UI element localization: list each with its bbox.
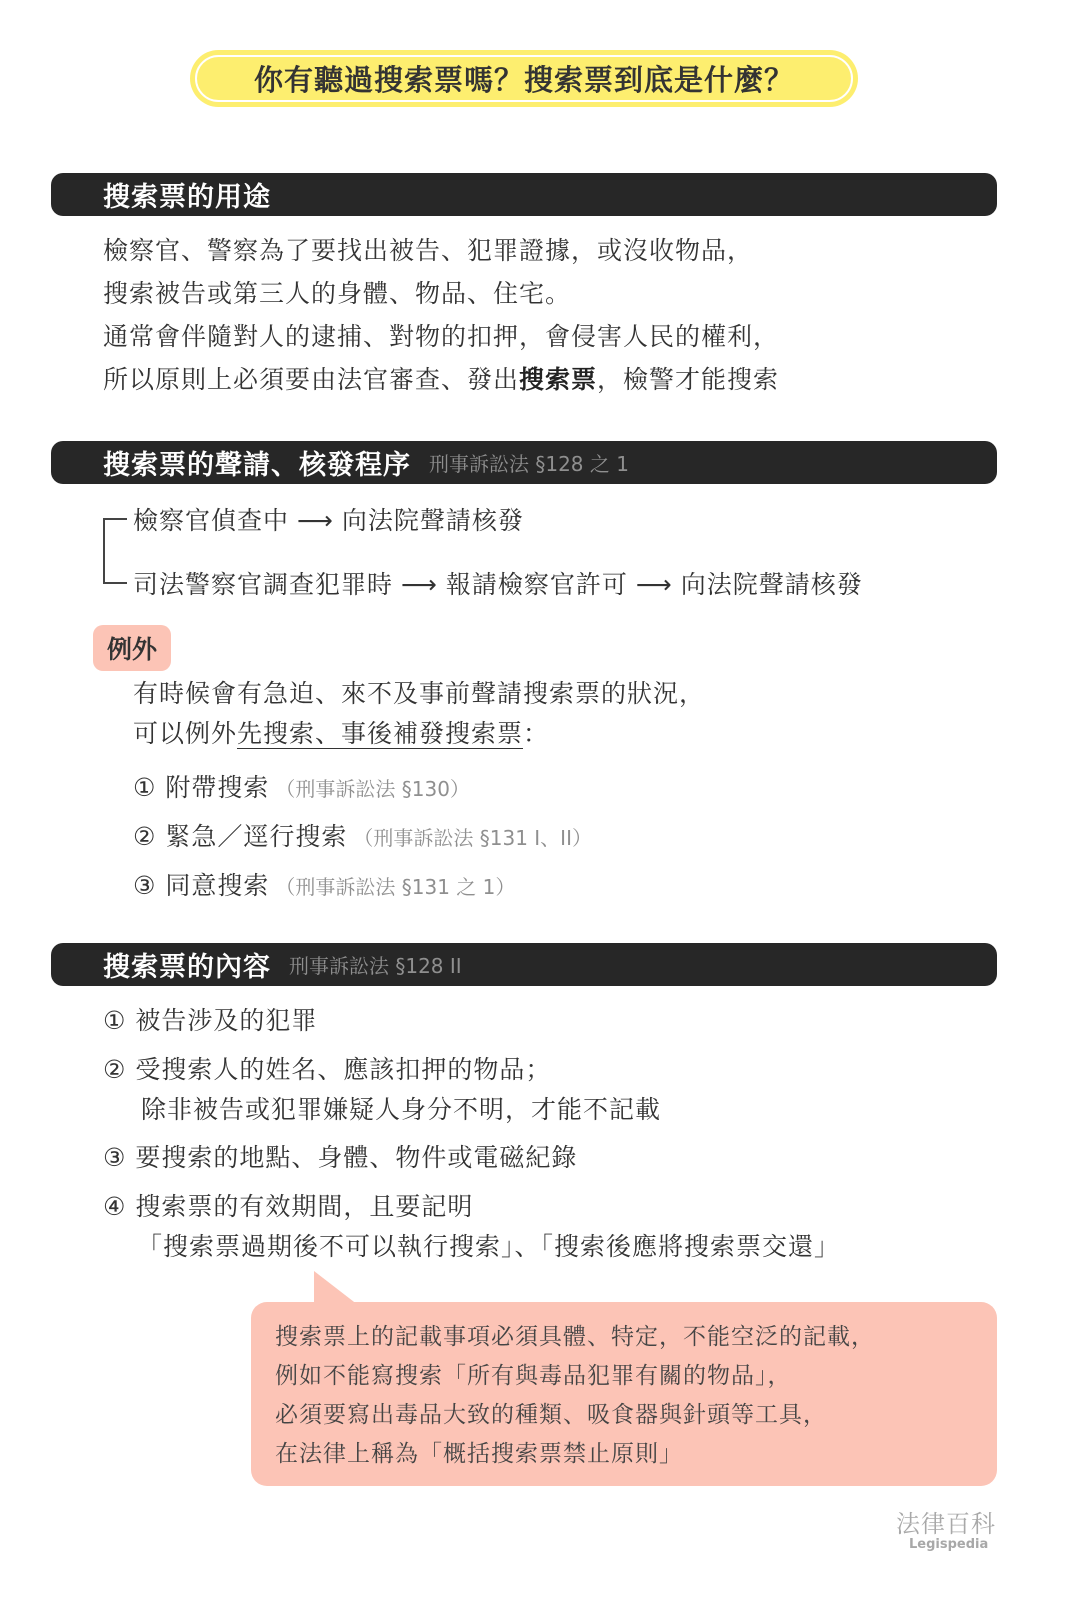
law-reference: （刑事訴訟法 §131 I、II） <box>353 826 592 850</box>
content-line: 「搜索票過期後不可以執行搜索」、「搜索後應將搜索票交還」 <box>103 1227 840 1267</box>
law-reference: 刑事訴訟法 §128 II <box>289 950 462 979</box>
content-line: 要搜索的地點、身體、物件或電磁紀錄 <box>135 1143 577 1172</box>
exception-item: ③ 同意搜索（刑事訴訟法 §131 之 1） <box>133 866 515 902</box>
exception-label: 緊急／逕行搜索 <box>165 822 347 851</box>
exception-paragraph: 有時候會有急迫、來不及事前聲請搜索票的狀況， 可以例外先搜索、事後補發搜索票： <box>133 674 705 754</box>
content-item: ① 被告涉及的犯罪 <box>103 1001 317 1041</box>
callout-tail <box>314 1271 358 1305</box>
circled-number: ③ <box>103 1143 126 1172</box>
brand-logo-en: Legispedia <box>909 1537 988 1552</box>
exception-line: 有時候會有急迫、來不及事前聲請搜索票的狀況， <box>133 674 705 714</box>
flow-step: 檢察官偵查中 <box>133 506 289 535</box>
flow-step: 向法院聲請核發 <box>342 506 524 535</box>
callout-note: 搜索票上的記載事項必須具體、特定，不能空泛的記載， 例如不能寫搜索「所有與毒品犯… <box>251 1302 997 1486</box>
usage-line: 所以原則上必須要由法官審查、發出搜索票，檢警才能搜索 <box>103 358 779 401</box>
usage-line: 通常會伴隨對人的逮捕、對物的扣押，會侵害人民的權利， <box>103 315 779 358</box>
content-item: ③ 要搜索的地點、身體、物件或電磁紀錄 <box>103 1138 577 1178</box>
section-header-usage: 搜索票的用途 <box>51 173 997 216</box>
exception-badge: 例外 <box>93 625 171 671</box>
section-title: 搜索票的聲請、核發程序 <box>103 443 411 482</box>
circled-number: ③ <box>133 871 156 900</box>
exception-label: 附帶搜索 <box>165 773 269 802</box>
section-header-content: 搜索票的內容 刑事訴訟法 §128 II <box>51 943 997 986</box>
text-span: 可以例外 <box>133 719 237 748</box>
arrow-right-icon: ⟶ <box>636 570 673 599</box>
exception-label: 同意搜索 <box>165 871 269 900</box>
content-line: 被告涉及的犯罪 <box>135 1006 317 1035</box>
text-span: ： <box>523 719 549 748</box>
circled-number: ① <box>133 773 156 802</box>
content-line: 除非被告或犯罪嫌疑人身分不明，才能不記載 <box>103 1090 661 1130</box>
circled-number: ② <box>103 1055 126 1084</box>
underlined-text: 先搜索、事後補發搜索票 <box>237 719 523 749</box>
circled-number: ② <box>133 822 156 851</box>
content-item: ② 受搜索人的姓名、應該扣押的物品； 除非被告或犯罪嫌疑人身分不明，才能不記載 <box>103 1050 661 1130</box>
text-span: 所以原則上必須要由法官審查、發出 <box>103 365 519 394</box>
page-title: 你有聽過搜索票嗎？搜索票到底是什麼？ <box>254 58 794 99</box>
flow-step: 報請檢察官許可 <box>446 570 628 599</box>
page-title-banner: 你有聽過搜索票嗎？搜索票到底是什麼？ <box>190 50 858 107</box>
content-item: ④ 搜索票的有效期間，且要記明 「搜索票過期後不可以執行搜索」、「搜索後應將搜索… <box>103 1187 840 1267</box>
flow-bracket <box>103 518 127 584</box>
arrow-right-icon: ⟶ <box>297 506 334 535</box>
usage-line: 檢察官、警察為了要找出被告、犯罪證據，或沒收物品， <box>103 229 779 272</box>
flow-police: 司法警察官調查犯罪時⟶報請檢察官許可⟶向法院聲請核發 <box>133 565 863 601</box>
callout-line: 必須要寫出毒品大致的種類、吸食器與針頭等工具， <box>275 1396 973 1435</box>
law-reference: （刑事訴訟法 §130） <box>275 777 470 801</box>
law-reference: （刑事訴訟法 §131 之 1） <box>275 875 515 899</box>
usage-line: 搜索被告或第三人的身體、物品、住宅。 <box>103 272 779 315</box>
brand-logo-zh: 法律百科 <box>896 1504 996 1539</box>
circled-number: ④ <box>103 1192 126 1221</box>
section-header-procedure: 搜索票的聲請、核發程序 刑事訴訟法 §128 之 1 <box>51 441 997 484</box>
section-title: 搜索票的內容 <box>103 945 271 984</box>
exception-item: ② 緊急／逕行搜索（刑事訴訟法 §131 I、II） <box>133 817 592 853</box>
flow-step: 司法警察官調查犯罪時 <box>133 570 393 599</box>
content-line: 搜索票的有效期間，且要記明 <box>135 1192 473 1221</box>
section-title: 搜索票的用途 <box>103 175 271 214</box>
callout-line: 搜索票上的記載事項必須具體、特定，不能空泛的記載， <box>275 1318 973 1357</box>
flow-prosecutor: 檢察官偵查中⟶向法院聲請核發 <box>133 501 524 537</box>
callout-line: 在法律上稱為「概括搜索票禁止原則」 <box>275 1435 973 1474</box>
usage-paragraph: 檢察官、警察為了要找出被告、犯罪證據，或沒收物品， 搜索被告或第三人的身體、物品… <box>103 229 779 401</box>
arrow-right-icon: ⟶ <box>401 570 438 599</box>
exception-line: 可以例外先搜索、事後補發搜索票： <box>133 714 705 754</box>
circled-number: ① <box>103 1006 126 1035</box>
law-reference: 刑事訴訟法 §128 之 1 <box>429 448 629 477</box>
emphasis-search-warrant: 搜索票 <box>519 365 597 394</box>
exception-item: ① 附帶搜索（刑事訴訟法 §130） <box>133 768 470 804</box>
content-line: 受搜索人的姓名、應該扣押的物品； <box>135 1055 551 1084</box>
text-span: ，檢警才能搜索 <box>597 365 779 394</box>
flow-step: 向法院聲請核發 <box>681 570 863 599</box>
callout-line: 例如不能寫搜索「所有與毒品犯罪有關的物品」， <box>275 1357 973 1396</box>
